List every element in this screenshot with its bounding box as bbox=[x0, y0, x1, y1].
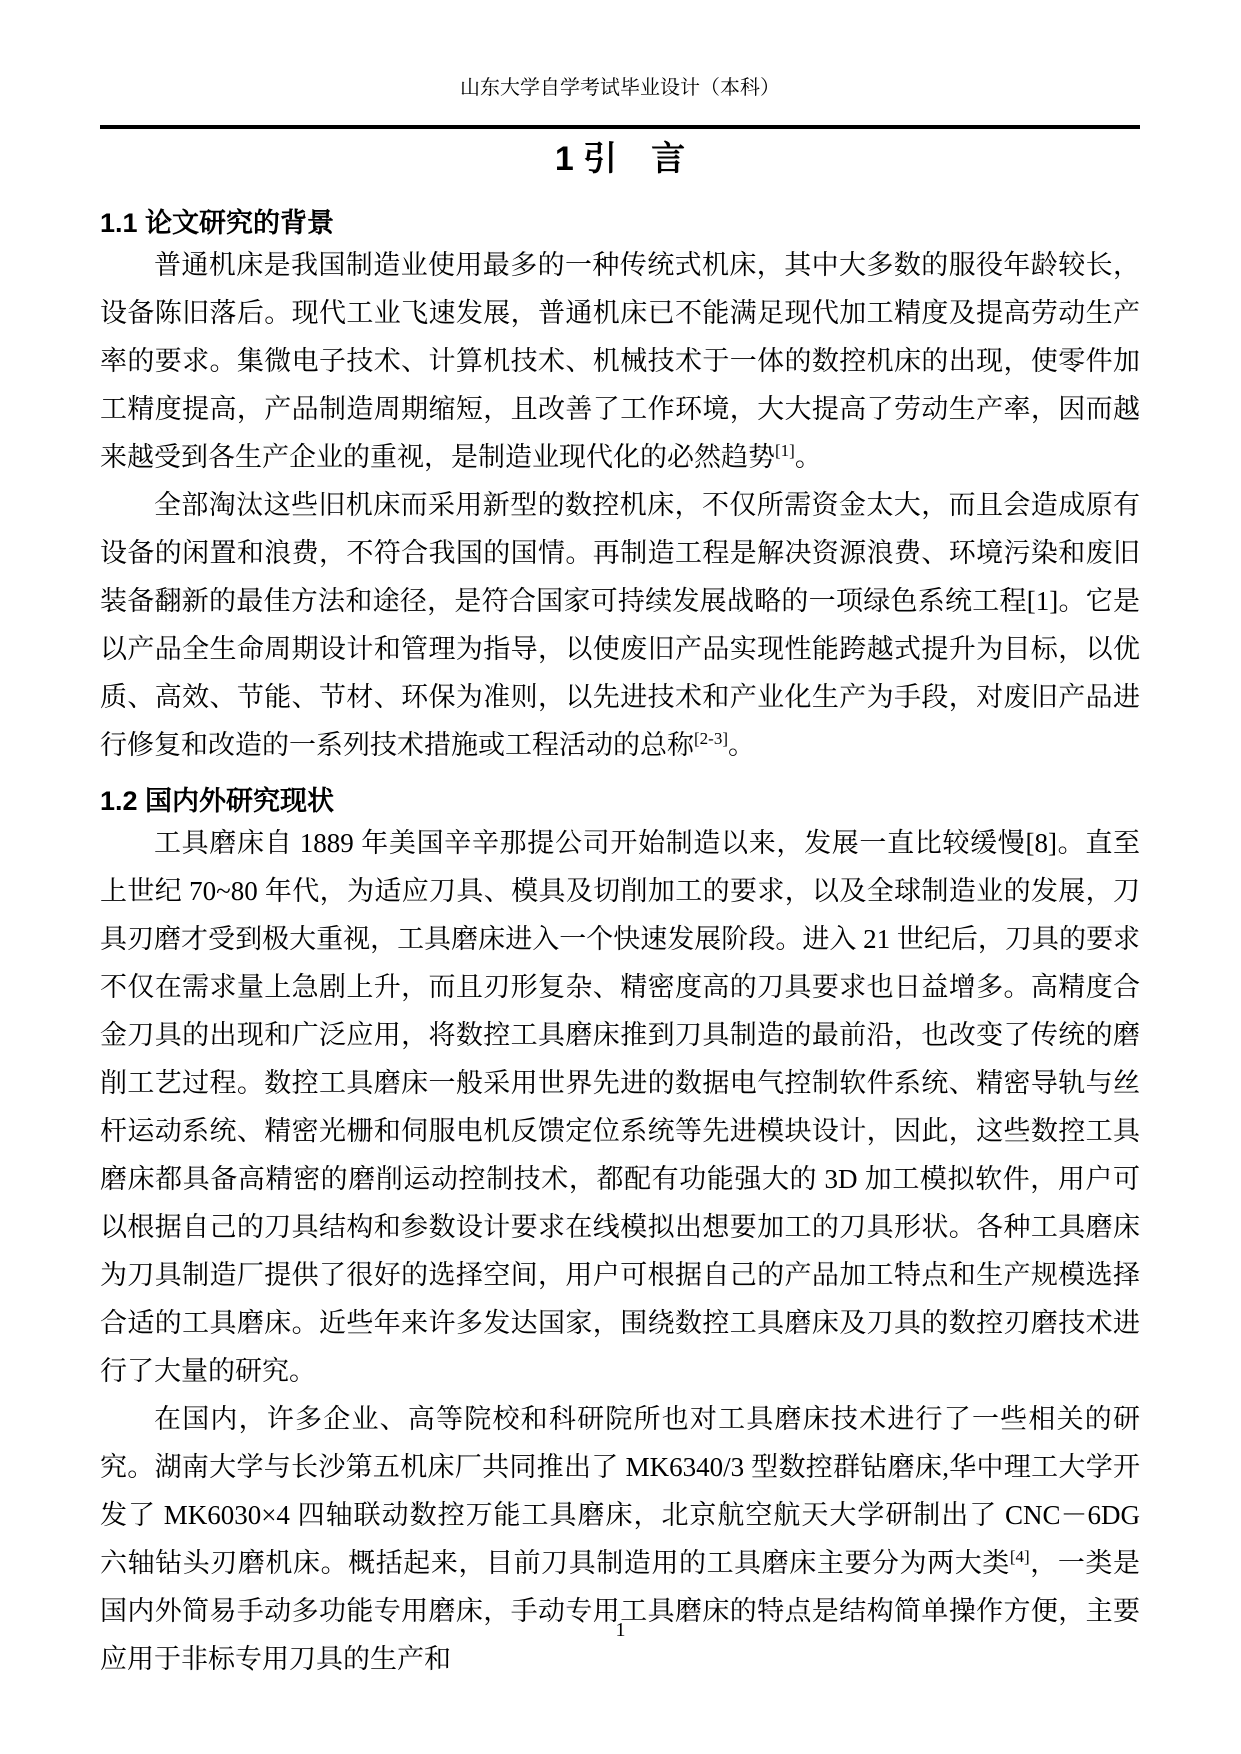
page-footer: 1 bbox=[0, 1620, 1241, 1640]
paragraph-text: 。 bbox=[728, 730, 755, 760]
page-number: 1 bbox=[616, 1619, 626, 1641]
paragraph-text: 在国内，许多企业、高等院校和科研院所也对工具磨床技术进行了一些相关的研究。湖南大… bbox=[100, 1404, 1140, 1578]
section-heading-1-1: 1.1 论文研究的背景 bbox=[100, 205, 1140, 241]
paragraph-text: 全部淘汰这些旧机床而采用新型的数控机床，不仅所需资金太大，而且会造成原有设备的闲… bbox=[100, 490, 1140, 760]
citation-ref-2-3: [2-3] bbox=[694, 729, 728, 748]
header-rule bbox=[100, 125, 1140, 129]
chapter-title: 1 引 言 bbox=[100, 137, 1140, 181]
section-heading-1-2: 1.2 国内外研究现状 bbox=[100, 783, 1140, 819]
paragraph-text: 普通机床是我国制造业使用最多的一种传统式机床，其中大多数的服役年龄较长，设备陈旧… bbox=[100, 250, 1140, 472]
citation-ref-4: [4] bbox=[1010, 1547, 1030, 1566]
citation-ref-1: [1] bbox=[775, 441, 795, 460]
paragraph-research-status-1: 工具磨床自 1889 年美国辛辛那提公司开始制造以来，发展一直比较缓慢[8]。直… bbox=[100, 819, 1140, 1395]
paragraph-background-1: 普通机床是我国制造业使用最多的一种传统式机床，其中大多数的服役年龄较长，设备陈旧… bbox=[100, 241, 1140, 481]
header-title: 山东大学自学考试毕业设计（本科） bbox=[100, 78, 1140, 98]
page-header: 山东大学自学考试毕业设计（本科） bbox=[100, 78, 1140, 129]
paragraph-text: 工具磨床自 1889 年美国辛辛那提公司开始制造以来，发展一直比较缓慢[8]。直… bbox=[100, 828, 1140, 1386]
document-page: 山东大学自学考试毕业设计（本科） 1 引 言 1.1 论文研究的背景 普通机床是… bbox=[0, 0, 1241, 1754]
paragraph-text: 。 bbox=[795, 442, 822, 472]
paragraph-background-2: 全部淘汰这些旧机床而采用新型的数控机床，不仅所需资金太大，而且会造成原有设备的闲… bbox=[100, 481, 1140, 769]
